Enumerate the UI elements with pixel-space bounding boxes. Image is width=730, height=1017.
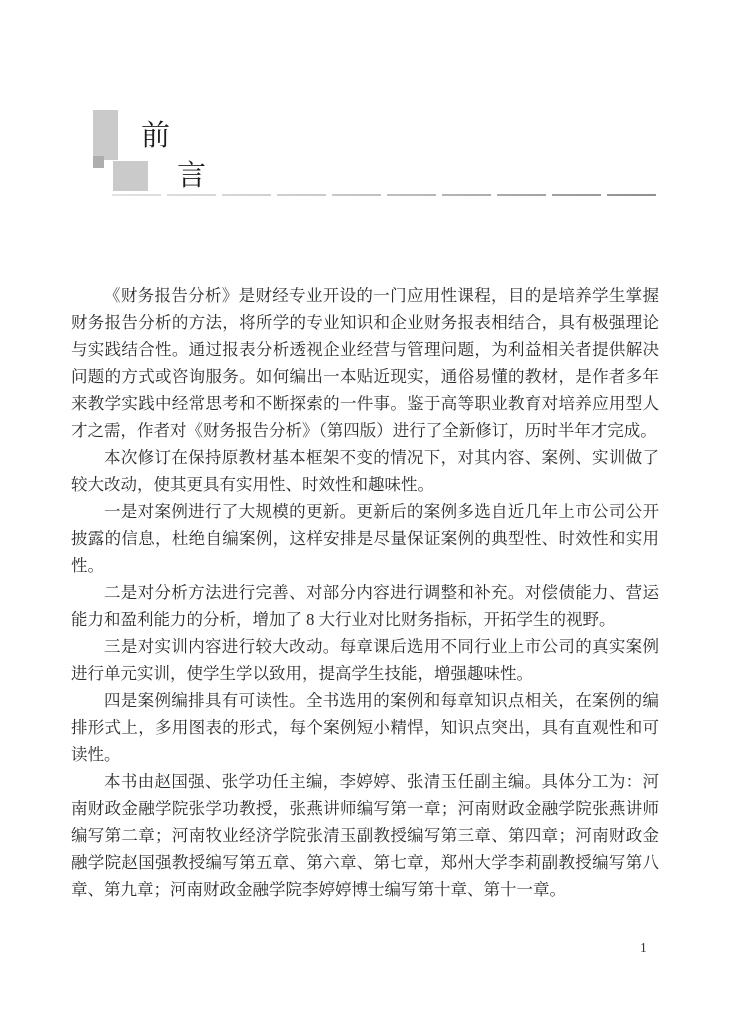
page-title-char-qian: 前 [141, 122, 170, 151]
decor-block-square [113, 161, 148, 191]
paragraph-point-4: 四是案例编排具有可读性。全书选用的案例和每章知识点相关，在案例的编排形式上，多用… [71, 687, 659, 768]
paragraph-intro: 《财务报告分析》是财经专业开设的一门应用性课程，目的是培养学生掌握财务报告分析的… [71, 282, 659, 444]
decor-block-notch [93, 156, 104, 168]
decor-block-tall [93, 110, 118, 160]
paragraph-authors: 本书由赵国强、张学功任主编，李婷婷、张清玉任副主编。具体分工为：河南财政金融学院… [71, 768, 659, 903]
paragraph-point-3: 三是对实训内容进行较大改动。每章课后选用不同行业上市公司的真实案例进行单元实训，… [71, 633, 659, 687]
paragraph-point-2: 二是对分析方法进行完善、对部分内容进行调整和补充。对偿债能力、营运能力和盈利能力… [71, 579, 659, 633]
document-page: 前 言 《财务报告分析》是财经专业开设的一门应用性课程，目的是培养学生掌握财务报… [0, 0, 730, 1017]
page-title-char-yan: 言 [177, 162, 206, 191]
paragraph-revision-overview: 本次修订在保持原教材基本框架不变的情况下，对其内容、案例、实训做了较大改动，使其… [71, 444, 659, 498]
header-divider-dashed-line [112, 194, 661, 196]
paragraph-point-1: 一是对案例进行了大规模的更新。更新后的案例多选自近几年上市公司公开披露的信息，杜… [71, 498, 659, 579]
preface-body: 《财务报告分析》是财经专业开设的一门应用性课程，目的是培养学生掌握财务报告分析的… [71, 282, 659, 903]
page-number: 1 [640, 940, 647, 956]
